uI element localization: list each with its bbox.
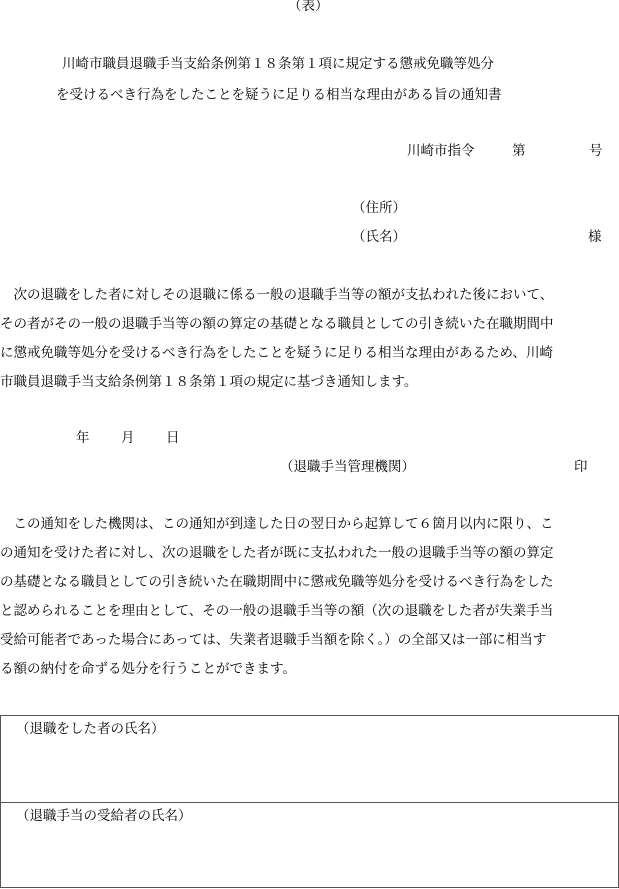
recipient-name-label: （退職手当の受給者の氏名） [16,810,192,824]
names-table: （退職をした者の氏名） （退職手当の受給者の氏名） [0,715,619,888]
seal-mark: 印 [574,461,588,475]
body-line: の基礎となる職員としての引き続いた在職期間中に懲戒免職等処分を受けるべき行為をし… [0,576,554,590]
authority-label: （退職手当管理機関） [280,461,415,475]
body-line: 受給可能者であった場合にあっては、失業者退職手当額を除く。）の全部又は一部に相当… [0,634,546,648]
date-day: 日 [166,432,180,446]
body-line: 市職員退職手当支給条例第１８条第１項の規定に基づき通知します。 [0,376,417,390]
honorific: 様 [588,231,602,245]
body-line: の通知を受けた者に対し、次の退職をした者が既に支払われた一般の退職手当等の額の算… [0,547,554,561]
title-line-2: を受けるべき行為をしたことを疑うに足りる相当な理由がある旨の通知書 [56,89,502,103]
date-month: 月 [121,432,135,446]
recipient-name-cell[interactable]: （退職手当の受給者の氏名） [1,803,618,887]
reference-issuer: 川崎市指令 [407,145,475,159]
address-label: （住所） [352,202,406,216]
reference-dai: 第 [512,145,526,159]
side-label: （表） [288,0,329,14]
retiree-name-label: （退職をした者の氏名） [16,723,165,737]
body-line: 次の退職をした者に対しその退職に係る一般の退職手当等の額が支払われた後において、 [0,289,553,303]
body-line: る額の納付を命ずる処分を行うことができます。 [0,663,296,677]
body-line: に懲戒免職等処分を受けるべき行為をしたことを疑うに足りる相当な理由があるため、川… [0,347,553,361]
body-line: その者がその一般の退職手当等の額の算定の基礎となる職員としての引き続いた在職期間… [0,318,554,332]
retiree-name-cell[interactable]: （退職をした者の氏名） [1,716,618,802]
date-year: 年 [76,432,90,446]
body-line: と認められることを理由として、その一般の退職手当等の額（次の退職をした者が失業手… [0,605,553,619]
name-label: （氏名） [352,231,406,245]
title-line-1: 川崎市職員退職手当支給条例第１８条第１項に規定する懲戒免職等処分 [62,58,494,72]
body-line: この通知をした機関は、この通知が到達した日の翌日から起算して６箇月以内に限り、こ [0,518,554,532]
reference-go: 号 [589,145,603,159]
